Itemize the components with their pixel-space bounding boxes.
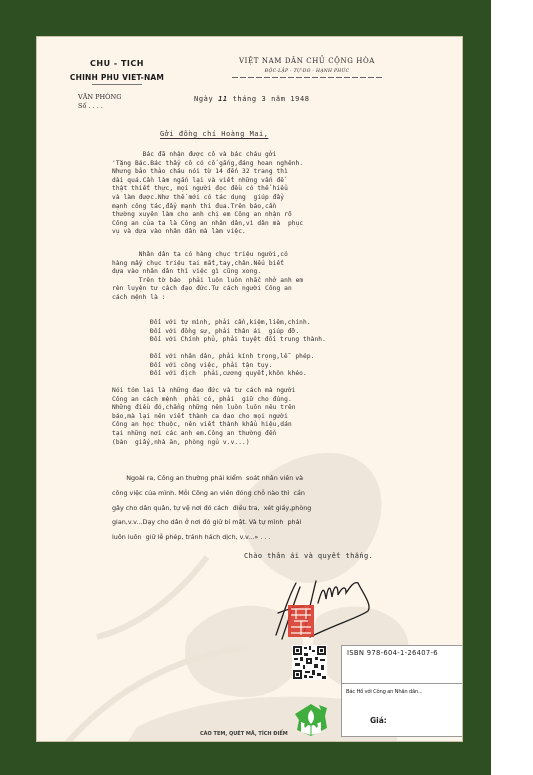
- qr-code-icon[interactable]: [292, 645, 327, 680]
- paragraph-4: Ngoài ra, Công an thường phải kiểm soát …: [112, 471, 311, 545]
- isbn-number: ISBN 978-604-1-26407-6: [342, 646, 463, 684]
- book-title: Bác Hồ với Công an Nhân dân...: [342, 684, 463, 695]
- letter-greeting: Gởi đồng chí Hoàng Mai,: [160, 130, 268, 138]
- date-rest: tháng 3 năm 1948: [233, 95, 310, 103]
- letter-date: Ngày 11 tháng 3 năm 1948: [194, 95, 310, 103]
- header-subtitle: CHINH PHU VIET-NAM: [37, 73, 197, 82]
- motto-rule: [232, 77, 382, 78]
- letterhead-right: VIỆT NAM DÂN CHỦ CỘNG HÒA ĐỘC-LẬP - TỰ-D…: [207, 57, 407, 78]
- date-day: 11: [218, 95, 228, 103]
- letterhead-left: CHU - TICH CHINH PHU VIET-NAM: [37, 59, 197, 85]
- office-name: VĂN PHÒNG: [78, 93, 121, 102]
- publisher-logo-icon: [293, 702, 329, 738]
- scratch-stamp-caption: CÀO TEM, QUÉT MÃ, TÍCH ĐIỂM: [200, 731, 288, 737]
- header-rule: [92, 84, 142, 85]
- paragraph-2: Nhân dân ta có hàng chục triệu người,có …: [112, 251, 303, 303]
- country-name: VIỆT NAM DÂN CHỦ CỘNG HÒA: [207, 57, 407, 65]
- price-label: Giá:: [370, 716, 387, 725]
- letter-page: CHU - TICH CHINH PHU VIET-NAM VIỆT NAM D…: [36, 36, 463, 742]
- signature-seal-icon: [264, 573, 374, 643]
- virtues-list-2: Đối với nhân dân, phải kính trọng,lễ phé…: [150, 353, 314, 379]
- closing-line: Chào thân ái và quyết thắng.: [244, 552, 373, 560]
- document-number: Số . . . .: [78, 102, 121, 111]
- motto: ĐỘC-LẬP - TỰ-DO - HẠNH PHÚC: [207, 69, 407, 74]
- virtues-list-1: Đối với tự mình, phải cần,kiệm,liêm,chín…: [150, 319, 326, 345]
- isbn-price-box: ISBN 978-604-1-26407-6 Bác Hồ với Công a…: [341, 645, 463, 737]
- office-block: VĂN PHÒNG Số . . . .: [78, 93, 121, 111]
- date-prefix: Ngày: [194, 95, 213, 103]
- paragraph-3: Nói tóm lại là những đạo đức và tư cách …: [112, 387, 296, 447]
- paragraph-1: Bác đã nhận được cô và bác cháu gởi 'Tặn…: [112, 151, 303, 237]
- header-title: CHU - TICH: [37, 59, 197, 68]
